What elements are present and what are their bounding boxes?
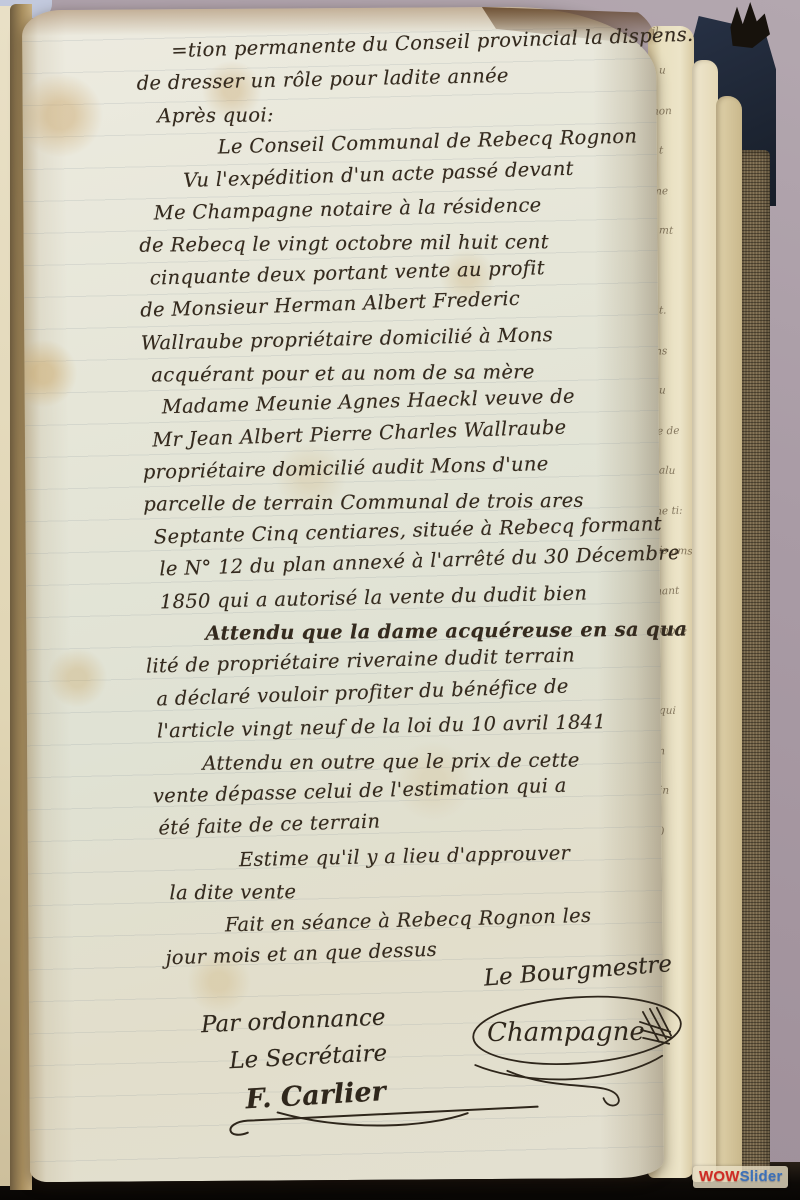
page-edge-fragment: alu <box>659 465 694 477</box>
carlier-signature-flourish <box>208 1100 568 1143</box>
page-edge-fragment: t <box>659 145 694 157</box>
page-edge-fragment: u <box>659 65 694 77</box>
manuscript-line: Estime qu'il y a lieu d'approuver <box>239 835 670 876</box>
stacked-page-edge-3 <box>716 96 742 1182</box>
secretary-title: Le Secrétaire <box>229 1040 388 1074</box>
manuscript-page: =tion permanente du Conseil provincial l… <box>22 6 664 1182</box>
book-cover-cloth-edge <box>738 150 770 1182</box>
page-edge-fragment: t. <box>659 305 694 317</box>
by-ordinance-label: Par ordonnance <box>201 1005 386 1039</box>
watermark-slider-text: Slider <box>740 1168 783 1185</box>
page-edge-fragment: non <box>652 105 694 117</box>
photograph-of-manuscript-book: { "document": { "description": "Handwrit… <box>0 0 800 1200</box>
wowslider-watermark[interactable]: WOWSlider <box>693 1166 788 1188</box>
champagne-signature-flourish: Champagne <box>457 983 708 1120</box>
watermark-wow-text: WOW <box>699 1168 740 1185</box>
svg-text:Champagne: Champagne <box>487 1017 645 1048</box>
page-edge-fragment: u <box>659 385 694 397</box>
manuscript-lines: =tion permanente du Conseil provincial l… <box>136 28 671 975</box>
page-edge-fragment: mt <box>659 225 694 237</box>
